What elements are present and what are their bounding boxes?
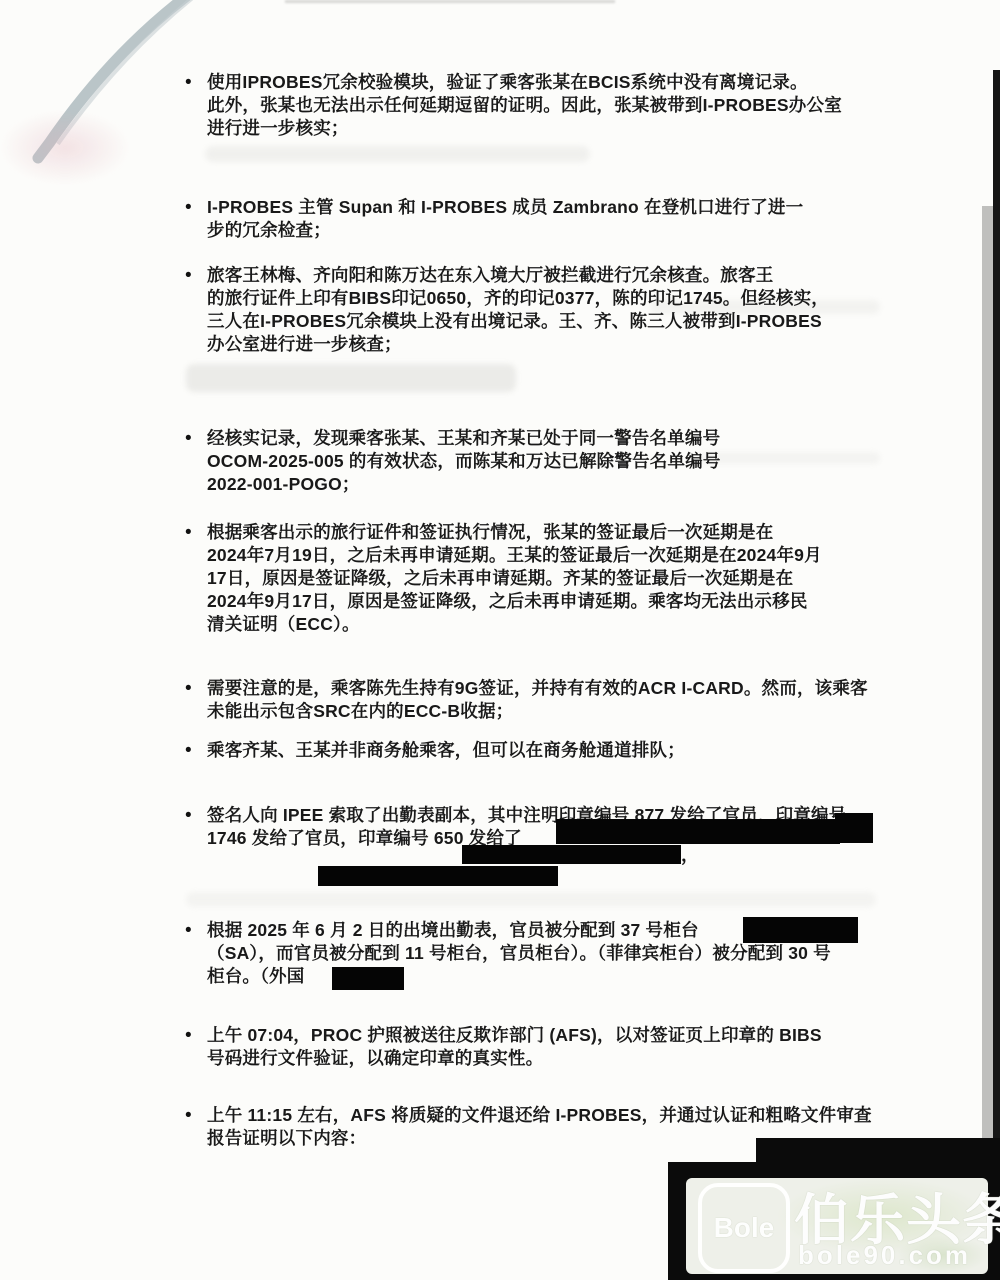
bullet-dot: • xyxy=(185,428,192,450)
redaction-bar xyxy=(318,866,558,886)
bullet-line: 根据乘客出示的旅行证件和签证执行情况，张某的签证最后一次延期是在 xyxy=(207,521,885,544)
bullet-item: • 经核实记录，发现乘客张某、王某和齐某已处于同一警告名单编号 OCOM-202… xyxy=(185,427,885,496)
bullet-line: 旅客王林梅、齐向阳和陈万达在东入境大厅被拦截进行冗余核查。旅客王 xyxy=(207,264,885,287)
bullet-line: 上午 11:15 左右，AFS 将质疑的文件退还给 I-PROBES，并通过认证… xyxy=(207,1104,885,1127)
watermark-url: bole90.com xyxy=(798,1240,971,1271)
bullet-dot: • xyxy=(185,740,192,762)
bullet-line: 步的冗余检查； xyxy=(207,219,885,242)
bullet-line: 号码进行文件验证，以确定印章的真实性。 xyxy=(207,1047,885,1070)
bullet-dot: • xyxy=(185,72,192,94)
bullet-line: 使用IPROBES冗余校验模块，验证了乘客张某在BCIS系统中没有离境记录。 xyxy=(207,71,885,94)
watermark-logo-text: Bole xyxy=(714,1212,775,1244)
scan-edge-sliver xyxy=(285,0,615,3)
bullet-line: 此外，张某也无法出示任何延期逗留的证明。因此，张某被带到I-PROBES办公室 xyxy=(207,94,885,117)
redaction-trailing-comma: ， xyxy=(681,841,699,867)
bullet-line: 柜台。（外国 xyxy=(207,965,885,988)
bullet-line: （SA），而官员被分配到 11 号柜台，官员柜台）。（菲律宾柜台）被分配到 30… xyxy=(207,942,885,965)
scan-smudge xyxy=(205,146,590,162)
redaction-bar xyxy=(462,845,681,864)
scan-edge-shadow xyxy=(982,206,993,1280)
watermark-logo: Bole xyxy=(698,1183,790,1273)
bullet-item: • 需要注意的是，乘客陈先生持有9G签证，并持有有效的ACR I-CARD。然而… xyxy=(185,677,885,723)
bullet-line: 清关证明（ECC）。 xyxy=(207,613,885,636)
scan-color-tint xyxy=(0,110,130,185)
bullet-item: • 旅客王林梅、齐向阳和陈万达在东入境大厅被拦截进行冗余核查。旅客王 的旅行证件… xyxy=(185,264,885,356)
bullet-line: 2022-001-POGO； xyxy=(207,473,885,496)
bullet-dot: • xyxy=(185,1105,192,1127)
bullet-item: • I-PROBES 主管 Supan 和 I-PROBES 成员 Zambra… xyxy=(185,196,885,242)
bullet-dot: • xyxy=(185,197,192,219)
bullet-dot: • xyxy=(185,265,192,287)
bullet-dot: • xyxy=(185,1025,192,1047)
bullet-line: 未能出示包含SRC在内的ECC-B收据； xyxy=(207,700,885,723)
redaction-bar xyxy=(332,967,404,990)
bullet-dot: • xyxy=(185,678,192,700)
bullet-line: I-PROBES 主管 Supan 和 I-PROBES 成员 Zambrano… xyxy=(207,196,885,219)
bullet-item: • 乘客齐某、王某并非商务舱乘客，但可以在商务舱通道排队； xyxy=(185,739,885,762)
bullet-line: 办公室进行进一步核查； xyxy=(207,333,885,356)
bullet-line: OCOM-2025-005 的有效状态，而陈某和万达已解除警告名单编号 xyxy=(207,450,885,473)
bullet-line: 上午 07:04，PROC 护照被送往反欺诈部门 (AFS)，以对签证页上印章的… xyxy=(207,1024,885,1047)
redaction-bar xyxy=(743,917,858,943)
bullet-line: 需要注意的是，乘客陈先生持有9G签证，并持有有效的ACR I-CARD。然而，该… xyxy=(207,677,885,700)
scan-smudge xyxy=(186,892,876,907)
bullet-item: • 使用IPROBES冗余校验模块，验证了乘客张某在BCIS系统中没有离境记录。… xyxy=(185,71,885,140)
bullet-dot: • xyxy=(185,805,192,827)
bullet-line: 2024年9月17日，原因是签证降级，之后未再申请延期。乘客均无法出示移民 xyxy=(207,590,885,613)
scan-smudge xyxy=(186,364,516,392)
bullet-line: 的旅行证件上印有BIBS印记0650，齐的印记0377，陈的印记1745。但经核… xyxy=(207,287,885,310)
bullet-item: • 上午 07:04，PROC 护照被送往反欺诈部门 (AFS)，以对签证页上印… xyxy=(185,1024,885,1070)
bullet-line: 17日，原因是签证降级，之后未再申请延期。齐某的签证最后一次延期是在 xyxy=(207,567,885,590)
watermark-panel: Bole 伯乐头条 bole90.com xyxy=(686,1178,988,1274)
bullet-line: 三人在I-PROBES冗余模块上没有出境记录。王、齐、陈三人被带到I-PROBE… xyxy=(207,310,885,333)
redaction-bar xyxy=(835,813,873,843)
scan-edge-border xyxy=(993,70,1000,1280)
bullet-line: 2024年7月19日，之后未再申请延期。王某的签证最后一次延期是在2024年9月 xyxy=(207,544,885,567)
bullet-item: • 根据乘客出示的旅行证件和签证执行情况，张某的签证最后一次延期是在 2024年… xyxy=(185,521,885,636)
bullet-line: 经核实记录，发现乘客张某、王某和齐某已处于同一警告名单编号 xyxy=(207,427,885,450)
scanned-document-page: • 使用IPROBES冗余校验模块，验证了乘客张某在BCIS系统中没有离境记录。… xyxy=(0,0,1000,1280)
bullet-line: 进行进一步核实； xyxy=(207,117,885,140)
bullet-dot: • xyxy=(185,522,192,544)
bullet-line: 乘客齐某、王某并非商务舱乘客，但可以在商务舱通道排队； xyxy=(207,739,885,762)
bullet-dot: • xyxy=(185,920,192,942)
